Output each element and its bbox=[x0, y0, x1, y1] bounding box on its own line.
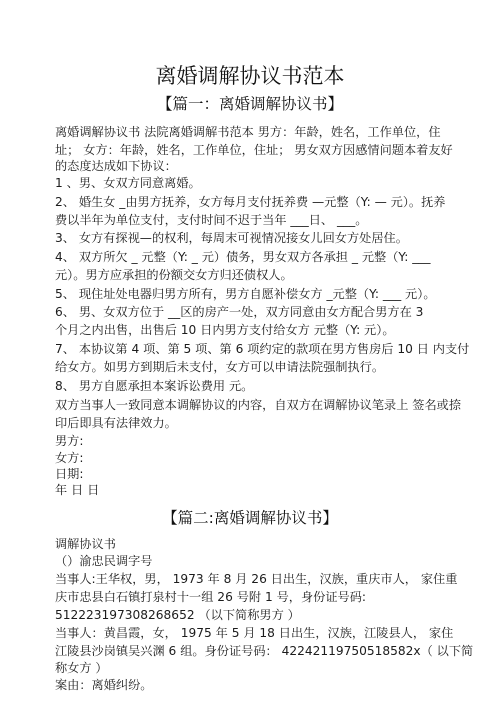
clause-3: 3、 女方有探视—的权利，每周末可视情况接女儿回女方处居住。 bbox=[55, 230, 408, 246]
paragraph-line: 离婚调解协议书 法院离婚调解书范本 男方：年龄，姓名，工作单位，住 bbox=[55, 124, 441, 140]
paragraph-line: 址； 女方：年龄，姓名，工作单位，住址； 男女双方因感情问题本着友好 bbox=[55, 142, 453, 158]
document-title: 离婚调解协议书范本 bbox=[0, 63, 500, 89]
party-female-cont: 江陵县沙岗镇吴兴渊 6 组。身份证号码： 42242119750518582x（… bbox=[55, 643, 473, 659]
clause-4: 4、 双方所欠 _ 元整（Y: _ 元）债务，男女双方各承担 _ 元整（Y: _… bbox=[55, 249, 430, 265]
clause-2: 2、 婚生女 _由男方抚养，女方每月支付抚养费 —元整（Y: — 元）。抚养 bbox=[55, 194, 446, 210]
paragraph-line: 的态度达成如下协议： bbox=[55, 158, 177, 174]
agreement-effect: 双方当事人一致同意本调解协议的内容，自双方在调解协议笔录上 签名或捺 bbox=[55, 397, 461, 413]
signature-female: 女方: bbox=[55, 450, 83, 466]
party-male-id: 512223197308268652 （以下简称男方 ） bbox=[55, 607, 300, 623]
clause-7-cont: 给女方。如男方到期后未支付，女方可以申请法院强制执行。 bbox=[55, 359, 384, 375]
clause-5: 5、 现住址处电器归男方所有，男方自愿补偿女方 _元整（Y: ___ 元）。 bbox=[55, 286, 436, 302]
doc-subtitle: 调解协议书 bbox=[55, 536, 116, 552]
signature-date: 年 日 日 bbox=[55, 482, 99, 498]
clause-8: 8、 男方自愿承担本案诉讼费用 元。 bbox=[55, 378, 253, 394]
agreement-effect-cont: 印后即具有法律效力。 bbox=[55, 415, 177, 431]
party-female-cont2: 称女方 ） bbox=[55, 660, 108, 676]
clause-2-cont: 费以半年为单位支付，支付时间不迟于当年 ___日、 ___。 bbox=[55, 212, 367, 228]
clause-6: 6、 男、女双方位于 __区的房产一处，双方同意由女方配合男方在 3 bbox=[55, 304, 423, 320]
clause-7: 7、 本协议第 4 项、第 5 项、第 6 项约定的款项在男方售房后 10 日 … bbox=[55, 341, 469, 357]
party-male: 当事人:王华权，男， 1973 年 8 月 26 日出生，汉族，重庆市人， 家住… bbox=[55, 571, 457, 587]
case-cause: 案由：离婚纠纷。 bbox=[55, 677, 153, 693]
section-heading-part1: 【篇一：离婚调解协议书】 bbox=[0, 94, 500, 114]
signature-date-label: 日期: bbox=[55, 466, 83, 482]
clause-1: 1 、男、女双方同意离婚。 bbox=[55, 175, 201, 191]
case-number: （）渝忠民调字号 bbox=[55, 553, 153, 569]
signature-male: 男方: bbox=[55, 433, 83, 449]
section-heading-part2: 【篇二:离婚调解协议书】 bbox=[0, 508, 500, 528]
party-male-cont: 庆市忠县白石镇打泉村十一组 26 号附 1 号，身份证号码: bbox=[55, 589, 366, 605]
clause-4-cont: 元）。男方应承担的份额交女方归还债权人。 bbox=[55, 267, 293, 283]
clause-6-cont: 个月之内出售，出售后 10 日内男方支付给女方 元整（Y: 元）。 bbox=[55, 322, 395, 338]
document-page: 离婚调解协议书范本 【篇一：离婚调解协议书】 离婚调解协议书 法院离婚调解书范本… bbox=[0, 0, 500, 708]
party-female: 当事人：黄昌霞，女， 1975 年 5 月 18 日出生，汉族，江陵县人， 家住 bbox=[55, 625, 453, 641]
